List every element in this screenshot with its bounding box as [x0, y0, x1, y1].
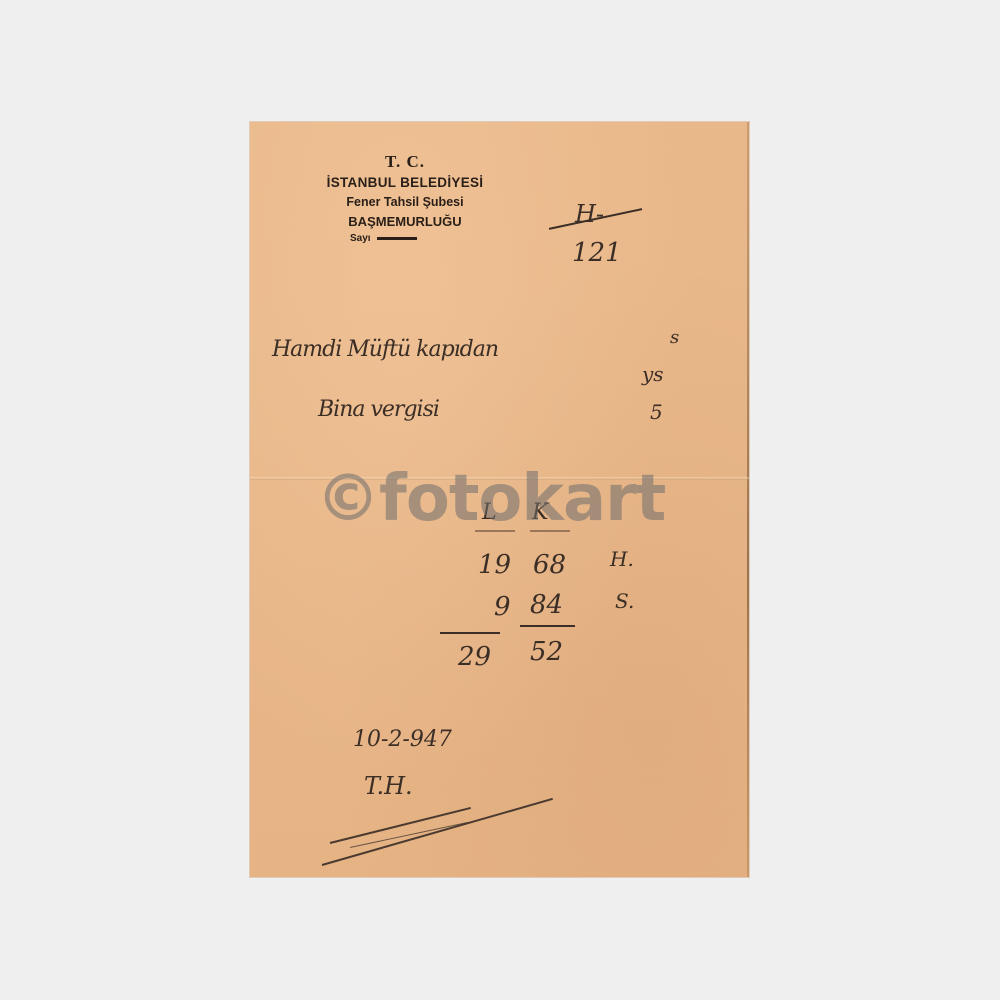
- row2-lira: 9: [494, 592, 511, 622]
- stamp-number-label: Sayı: [290, 233, 520, 244]
- reference-prefix: H-: [575, 200, 604, 228]
- row1-kurus: 68: [533, 550, 566, 580]
- stamp-branch: Fener Tahsil Şubesi: [290, 195, 520, 209]
- sum-line-kurus: [520, 625, 575, 627]
- stamp-municipality: İSTANBUL BELEDİYESİ: [290, 175, 520, 190]
- sum-line-lira: [440, 632, 500, 634]
- paper-edge: [747, 122, 749, 877]
- receipt-date: 10-2-947: [353, 727, 452, 752]
- row2-kurus: 84: [530, 590, 563, 620]
- stamp-sayi: Sayı: [350, 233, 371, 244]
- total-kurus: 52: [530, 637, 563, 667]
- row1-lira: 19: [478, 550, 511, 580]
- tax-type: Bina vergisi: [318, 397, 439, 422]
- clerk-initials: T.H.: [364, 772, 413, 800]
- stamp-dash: [377, 237, 417, 240]
- official-stamp: T. C. İSTANBUL BELEDİYESİ Fener Tahsil Ş…: [290, 152, 520, 244]
- total-lira: 29: [458, 642, 491, 672]
- stamp-office: BAŞMEMURLUĞU: [290, 214, 520, 229]
- signature-stroke-3: [322, 798, 553, 866]
- payer-name: Hamdi Müftü kapıdan: [272, 337, 498, 362]
- payer-mark-2: ys: [642, 362, 664, 386]
- signature-stroke-2: [350, 822, 468, 848]
- row1-mark: H.: [610, 547, 634, 571]
- payer-mark: s: [670, 327, 679, 348]
- stamp-tc: T. C.: [290, 152, 520, 172]
- reference-number: 121: [572, 238, 622, 268]
- copyright-watermark: ©fotokart: [316, 462, 665, 536]
- tax-type-mark: 5: [650, 400, 663, 424]
- row2-mark: S.: [615, 589, 634, 613]
